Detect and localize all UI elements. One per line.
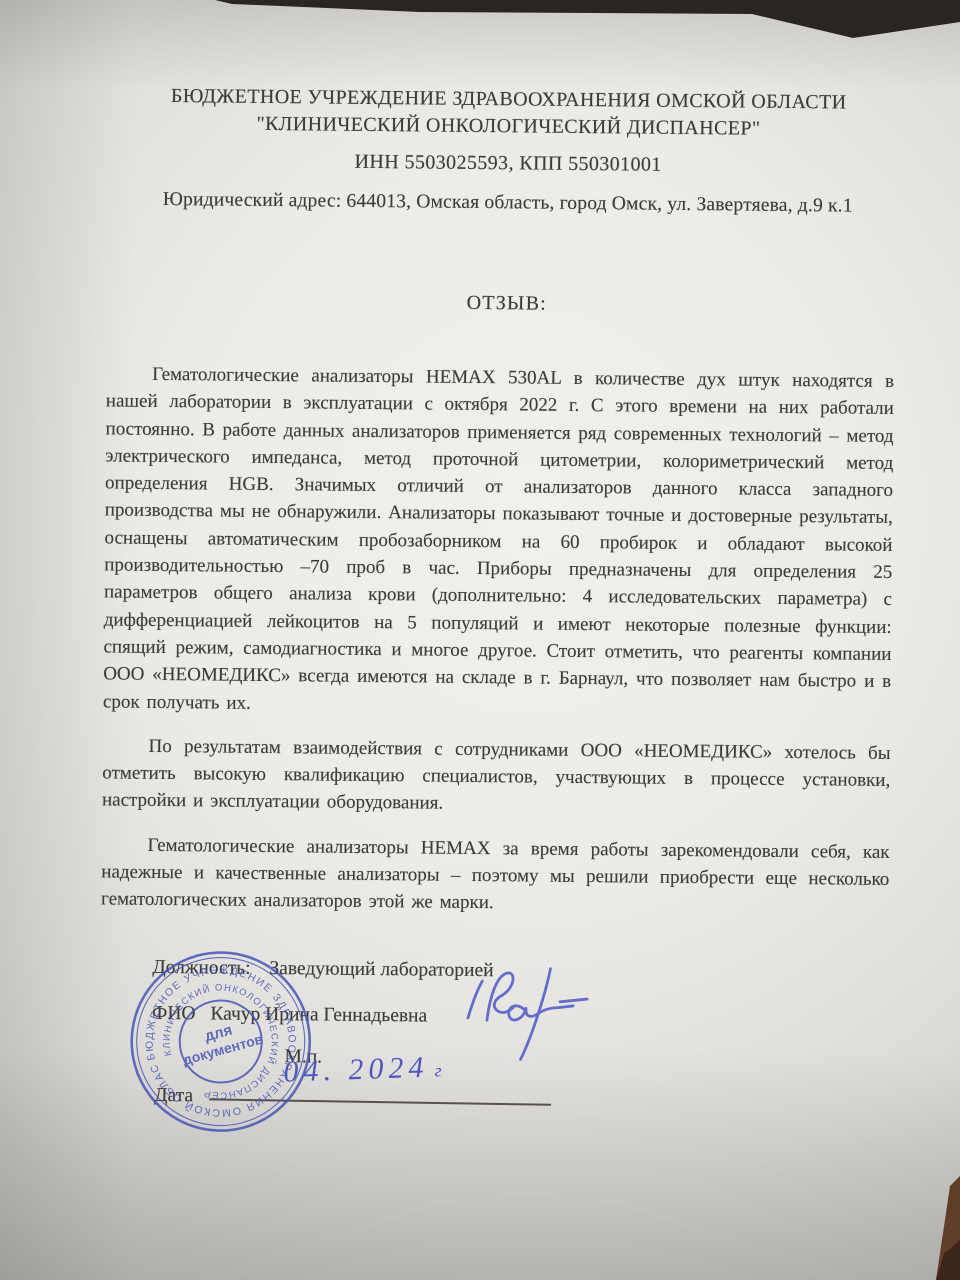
organization-name: БЮДЖЕТНОЕ УЧРЕЖДЕНИЕ ЗДРАВООХРАНЕНИЯ ОМС…: [28, 82, 960, 145]
inn-kpp-line: ИНН 5503025593, КПП 550301001: [28, 148, 960, 180]
handwritten-signature: [439, 956, 608, 1073]
document-title: ОТЗЫВ:: [27, 288, 960, 320]
paragraph-2: По результатам взаимодействия с сотрудни…: [102, 732, 891, 821]
paragraph-3: Гематологические анализаторы HEMAX за вр…: [101, 831, 890, 920]
paragraph-1: Гематологические анализаторы HEMAX 530AL…: [103, 360, 894, 722]
legal-address-line: Юридический адрес: 644013, Омская област…: [28, 188, 960, 219]
document-body: Гематологические анализаторы HEMAX 530AL…: [101, 360, 894, 937]
scanned-document-photo: БЮДЖЕТНОЕ УЧРЕЖДЕНИЕ ЗДРАВООХРАНЕНИЯ ОМС…: [0, 0, 960, 1280]
document-sheet: БЮДЖЕТНОЕ УЧРЕЖДЕНИЕ ЗДРАВООХРАНЕНИЯ ОМС…: [0, 0, 960, 1280]
